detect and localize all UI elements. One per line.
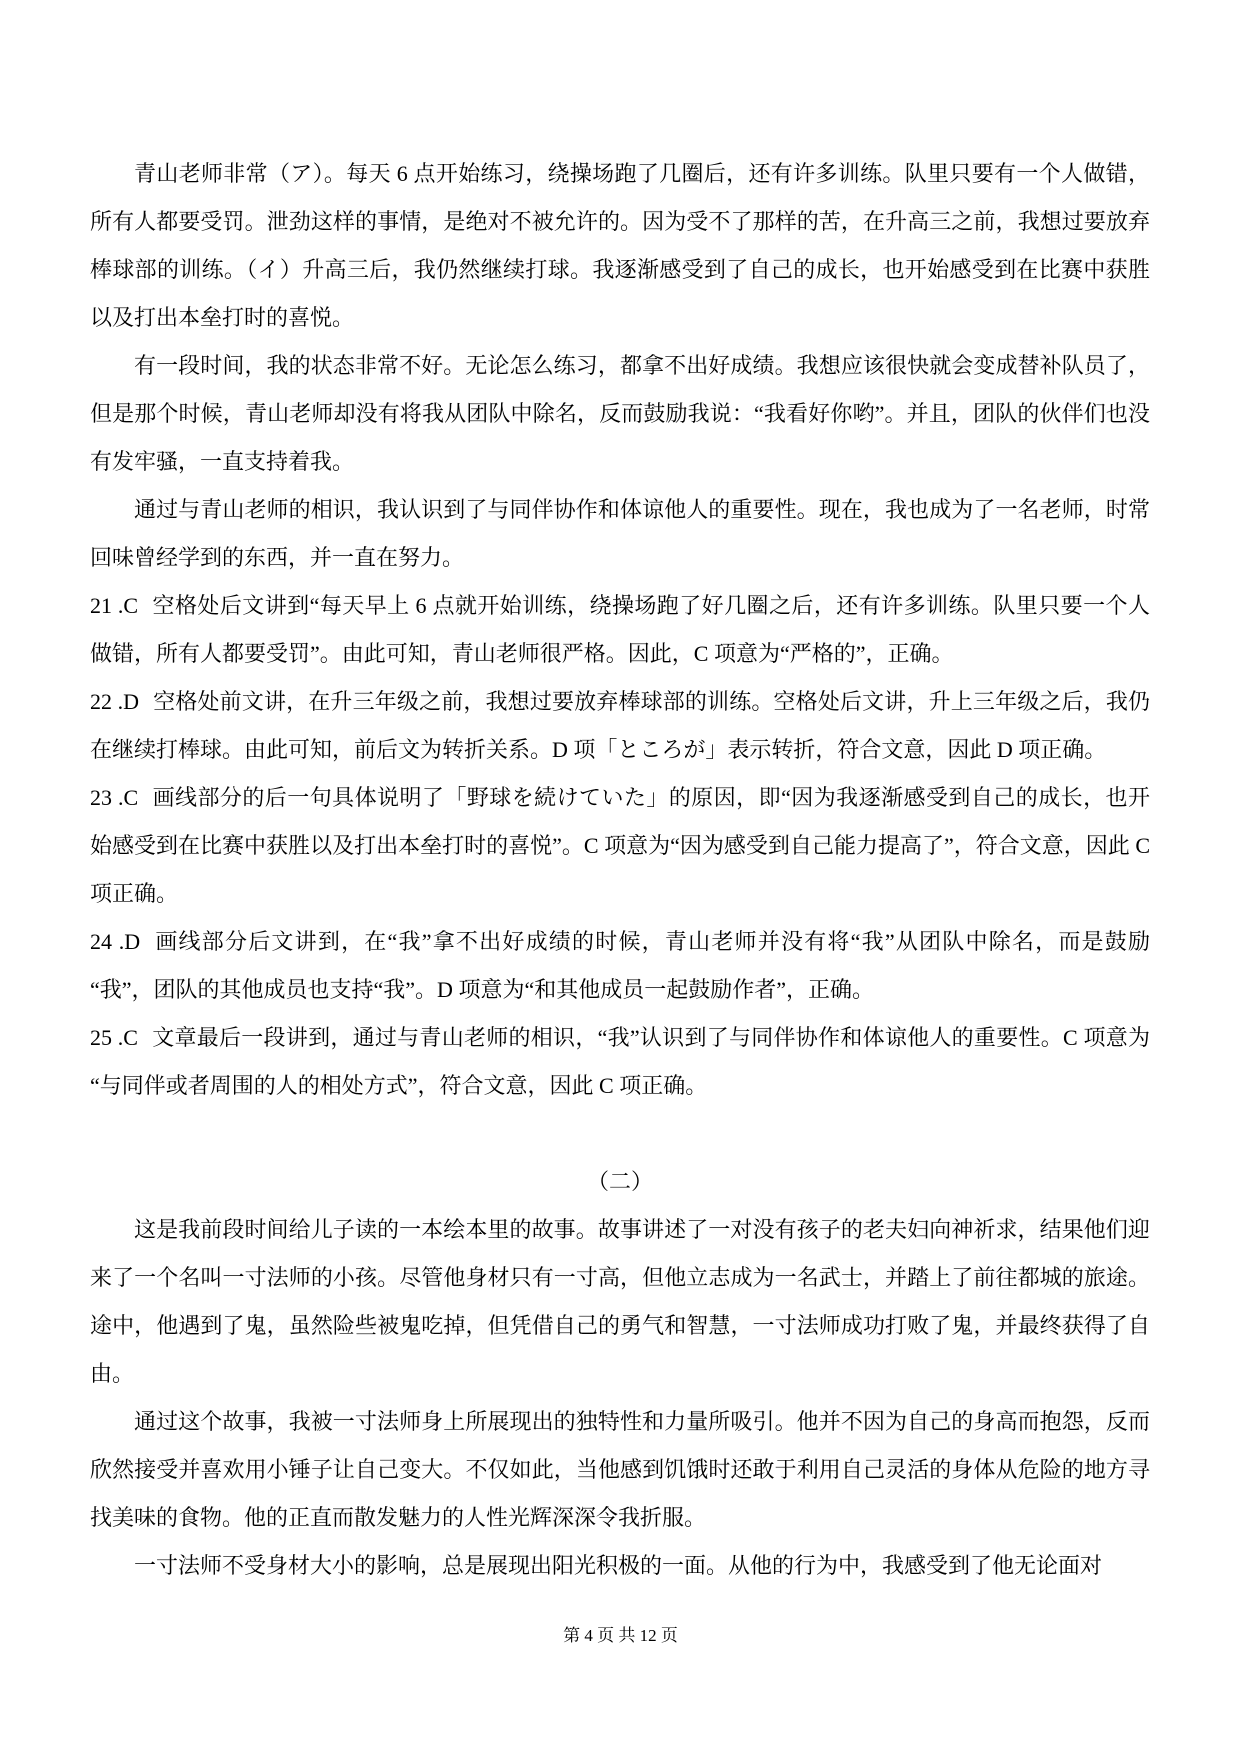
reading-paragraph: 这是我前段时间给儿子读的一本绘本里的故事。故事讲述了一对没有孩子的老夫妇向神祈求… (90, 1206, 1150, 1398)
answer-explanation: 文章最后一段讲到，通过与青山老师的相识，“我”认识到了与同伴协作和体谅他人的重要… (90, 1025, 1150, 1098)
text-body: 青山老师非常（ア）。每天 6 点开始练习，绕操场跑了几圈后，还有许多训练。队里只… (90, 150, 1150, 1590)
answer-number-label: 22 .D (90, 689, 139, 714)
document-page: 青山老师非常（ア）。每天 6 点开始练习，绕操场跑了几圈后，还有许多训练。队里只… (0, 0, 1241, 1754)
answer-explanation: 画线部分后文讲到，在“我”拿不出好成绩的时候，青山老师并没有将“我”从团队中除名… (90, 929, 1150, 1002)
reading-paragraph: 青山老师非常（ア）。每天 6 点开始练习，绕操场跑了几圈后，还有许多训练。队里只… (90, 150, 1150, 342)
answer-item: 24 .D画线部分后文讲到，在“我”拿不出好成绩的时候，青山老师并没有将“我”从… (90, 918, 1150, 1014)
section-two-heading: （二） (90, 1158, 1150, 1206)
answer-explanation: 空格处后文讲到“每天早上 6 点就开始训练，绕操场跑了好几圈之后，还有许多训练。… (90, 593, 1150, 666)
reading-paragraph: 有一段时间，我的状态非常不好。无论怎么练习，都拿不出好成绩。我想应该很快就会变成… (90, 342, 1150, 486)
page-number: 第 4 页 共 12 页 (563, 1626, 678, 1645)
answer-explanation: 空格处前文讲，在升三年级之前，我想过要放弃棒球部的训练。空格处后文讲，升上三年级… (90, 689, 1150, 762)
reading-paragraph: 通过与青山老师的相识，我认识到了与同伴协作和体谅他人的重要性。现在，我也成为了一… (90, 486, 1150, 582)
answer-item: 23 .C画线部分的后一句具体说明了「野球を続けていた」的原因，即“因为我逐渐感… (90, 774, 1150, 918)
answer-explanation: 画线部分的后一句具体说明了「野球を続けていた」的原因，即“因为我逐渐感受到自己的… (90, 785, 1150, 906)
reading-paragraph: 通过这个故事，我被一寸法师身上所展现出的独特性和力量所吸引。他并不因为自己的身高… (90, 1398, 1150, 1542)
answer-item: 21 .C空格处后文讲到“每天早上 6 点就开始训练，绕操场跑了好几圈之后，还有… (90, 582, 1150, 678)
answer-number-label: 21 .C (90, 593, 138, 618)
answer-number-label: 25 .C (90, 1025, 138, 1050)
answer-number-label: 24 .D (90, 929, 140, 954)
reading-paragraph: 一寸法师不受身材大小的影响，总是展现出阳光积极的一面。从他的行为中，我感受到了他… (90, 1542, 1150, 1590)
answer-number-label: 23 .C (90, 785, 138, 810)
answer-item: 25 .C文章最后一段讲到，通过与青山老师的相识，“我”认识到了与同伴协作和体谅… (90, 1014, 1150, 1110)
answer-item: 22 .D空格处前文讲，在升三年级之前，我想过要放弃棒球部的训练。空格处后文讲，… (90, 678, 1150, 774)
page-footer: 第 4 页 共 12 页 (0, 1622, 1241, 1650)
